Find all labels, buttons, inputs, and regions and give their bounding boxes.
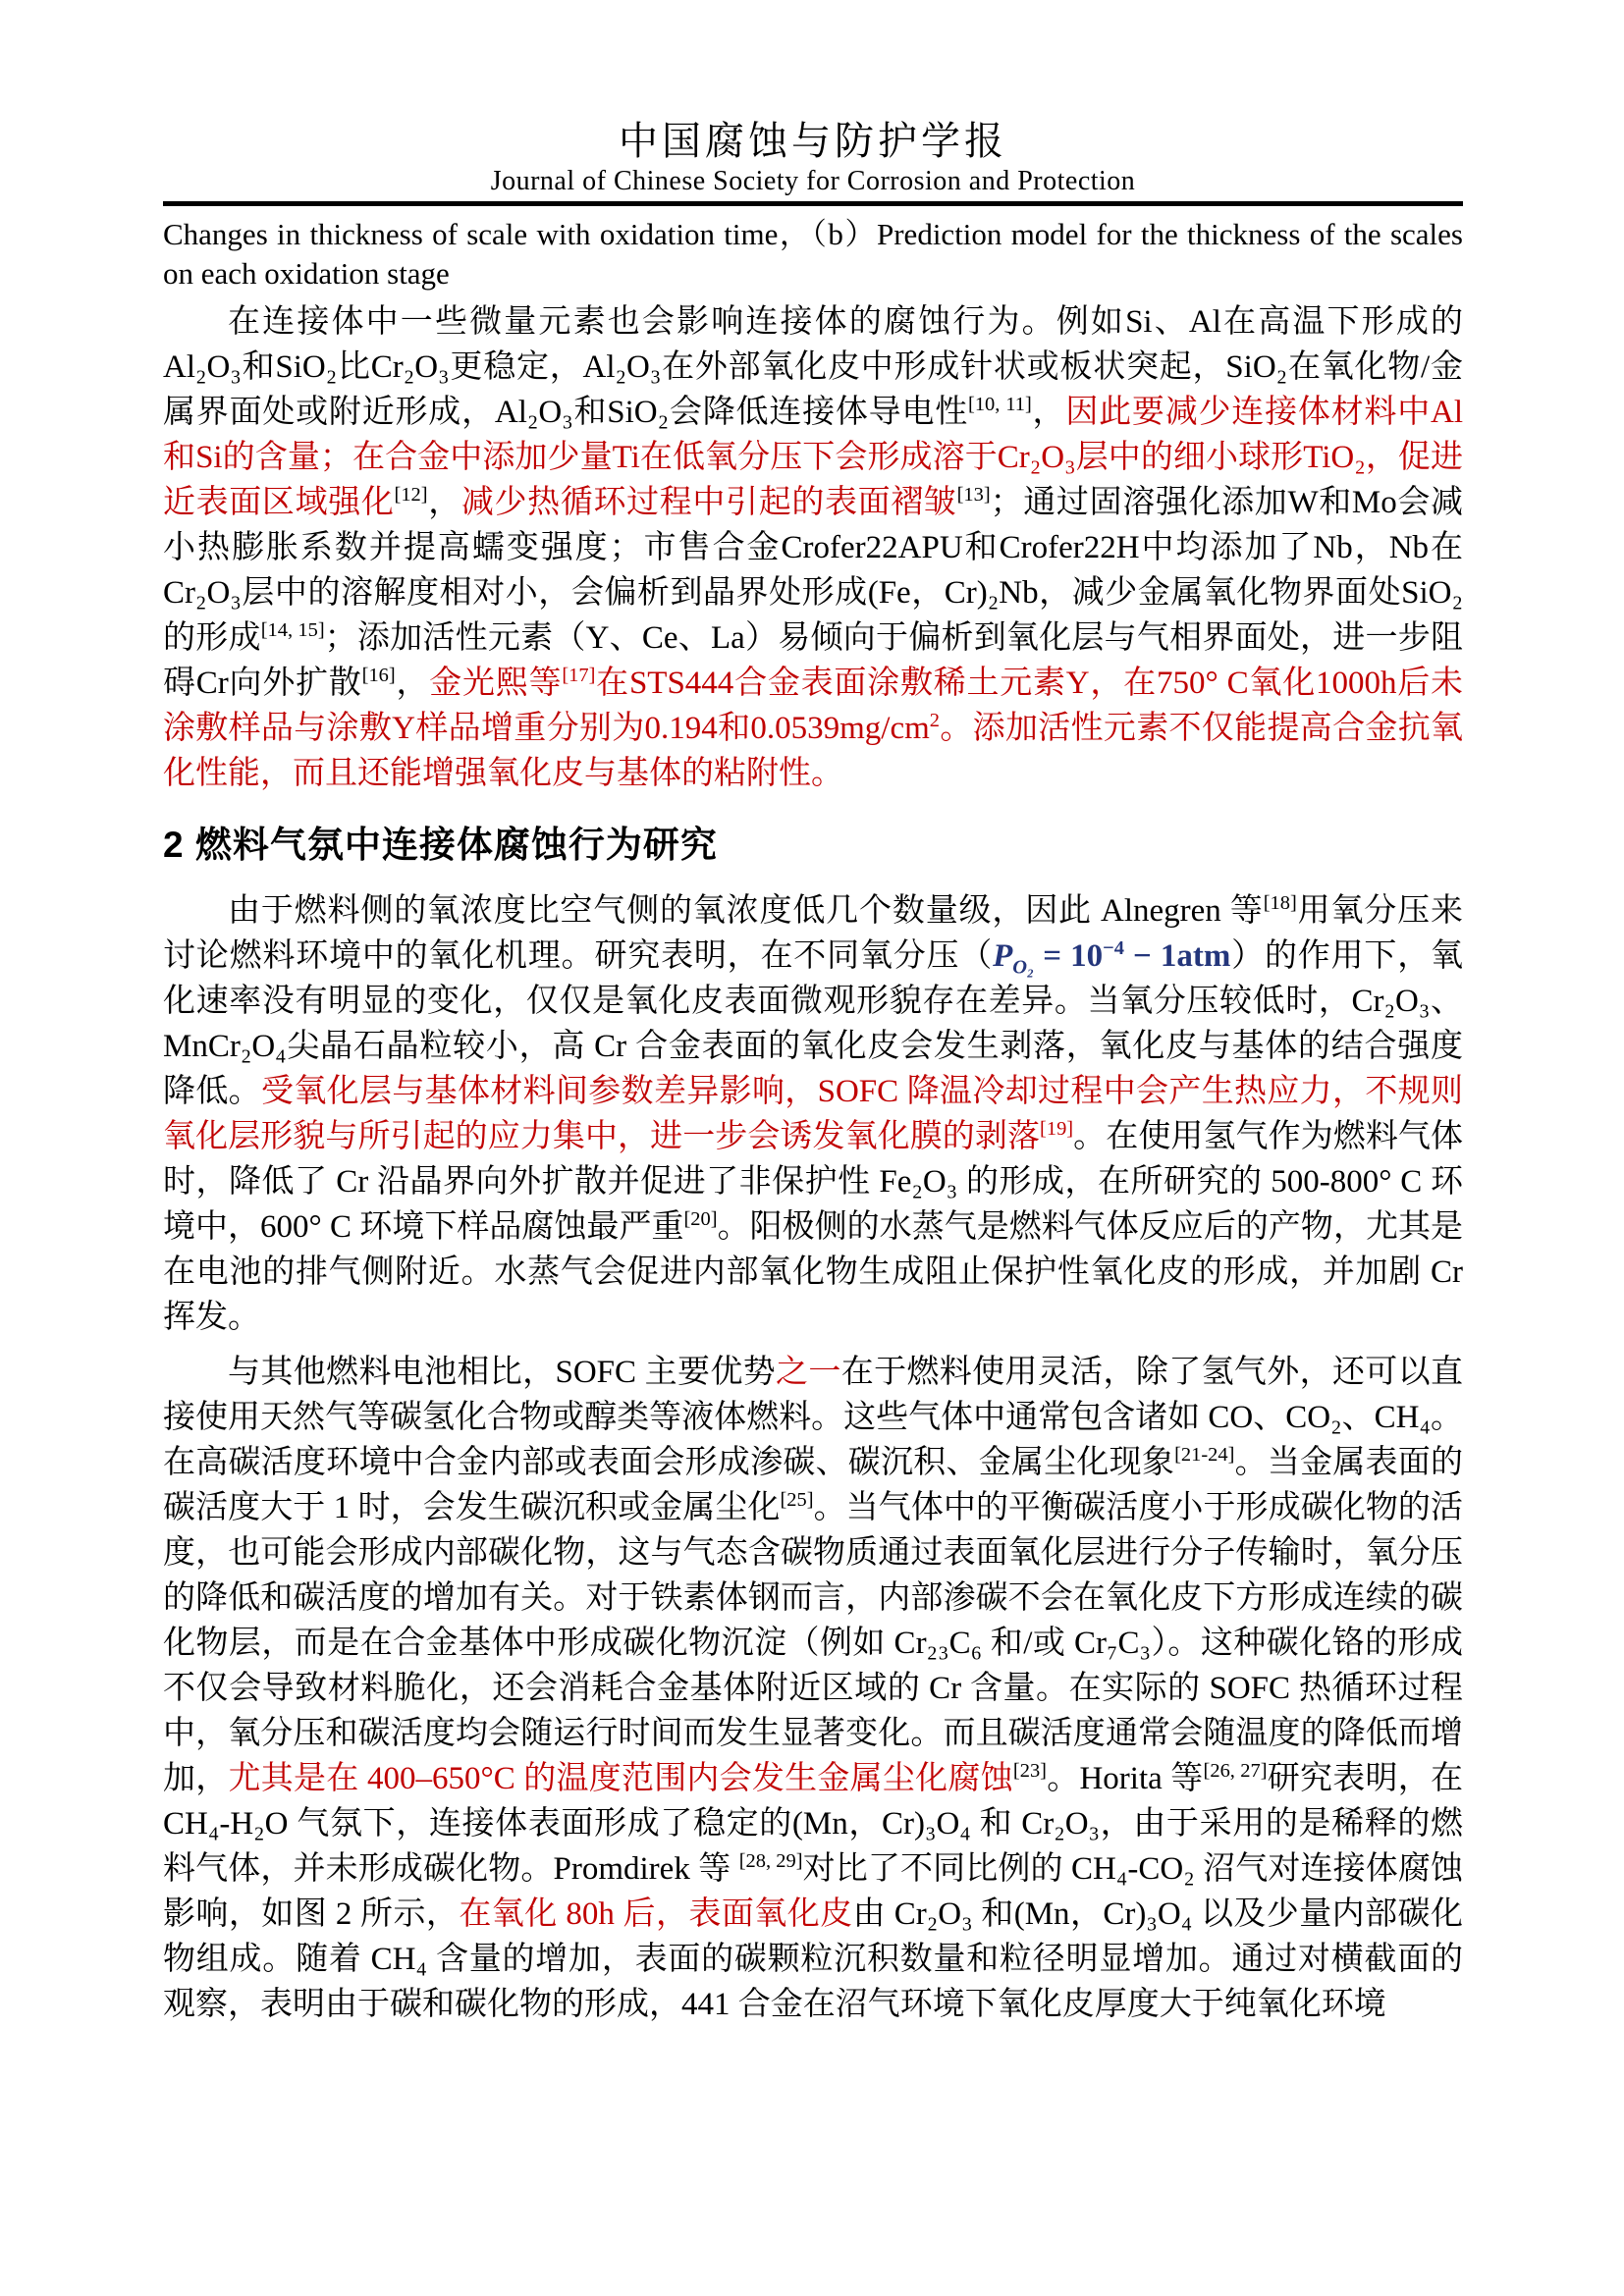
text-run: −4 <box>1103 937 1124 959</box>
document-body: Changes in thickness of scale with oxida… <box>163 215 1463 2027</box>
text-run: [12] <box>395 484 428 506</box>
text-run: [18] <box>1264 892 1297 914</box>
text-run: = 10 <box>1034 938 1103 974</box>
text-run: [28, 29] <box>739 1850 803 1872</box>
journal-header: 中国腐蚀与防护学报 Journal of Chinese Society for… <box>163 118 1463 206</box>
journal-title-en: Journal of Chinese Society for Corrosion… <box>163 165 1463 198</box>
text-run: [23] <box>1013 1760 1047 1782</box>
text-run: [14, 15] <box>261 619 325 641</box>
text-run: [19] <box>1040 1118 1073 1140</box>
text-run: [17] <box>562 665 595 686</box>
text-run: − 1atm <box>1124 938 1230 974</box>
text-run: 。Horita 等 <box>1047 1761 1204 1796</box>
figure-caption: Changes in thickness of scale with oxida… <box>163 215 1463 294</box>
text-run: 金光熙等 <box>429 666 562 701</box>
text-run: 尤其是在 400–650°C 的温度范围内会发生金属尘化腐蚀 <box>229 1761 1013 1796</box>
text-run: 之一 <box>776 1355 841 1390</box>
text-run: ， <box>428 485 461 520</box>
text-run: 与其他燃料电池相比，SOFC 主要优势 <box>228 1355 776 1390</box>
header-rule <box>163 201 1463 206</box>
text-run: 。当气体中的平衡碳活度小于形成碳化物的活度，也可能会形成内部碳化物，这与气态含碳… <box>163 1490 1463 1796</box>
section-2-heading: 2 燃料气氛中连接体腐蚀行为研究 <box>163 822 1463 869</box>
paragraph-trace-elements: 在连接体中一些微量元素也会影响连接体的腐蚀行为。例如Si、Al在高温下形成的Al… <box>163 299 1463 796</box>
text-run: [13] <box>957 484 991 506</box>
text-run: [20] <box>684 1208 718 1230</box>
text-run: Changes in thickness of scale with oxida… <box>163 217 1463 291</box>
text-run: 由于燃料侧的氧浓度比空气侧的氧浓度低几个数量级，因此 Alnegren 等 <box>228 893 1264 929</box>
text-run: O₂ <box>1012 957 1034 979</box>
text-run: ， <box>396 666 430 701</box>
text-run: 在氧化 80h 后，表面氧化皮 <box>459 1896 852 1932</box>
text-run: P <box>993 938 1012 974</box>
paragraph-carbon-activity: 与其他燃料电池相比，SOFC 主要优势之一在于燃料使用灵活，除了氢气外，还可以直… <box>163 1350 1463 2027</box>
document-page: 中国腐蚀与防护学报 Journal of Chinese Society for… <box>0 0 1624 2296</box>
text-run: [16] <box>362 665 396 686</box>
text-run: ， <box>1032 395 1066 430</box>
paragraph-fuel-atmosphere-oxidation: 由于燃料侧的氧浓度比空气侧的氧浓度低几个数量级，因此 Alnegren 等[18… <box>163 888 1463 1340</box>
journal-title-cn: 中国腐蚀与防护学报 <box>163 118 1463 165</box>
text-run: 减少热循环过程中引起的表面褶皱 <box>461 485 957 520</box>
text-run: [10, 11] <box>968 394 1032 415</box>
text-run: [25] <box>780 1489 813 1511</box>
text-run: 2 <box>930 710 940 731</box>
text-run: [26, 27] <box>1204 1760 1268 1782</box>
text-run: [21-24] <box>1174 1444 1234 1466</box>
